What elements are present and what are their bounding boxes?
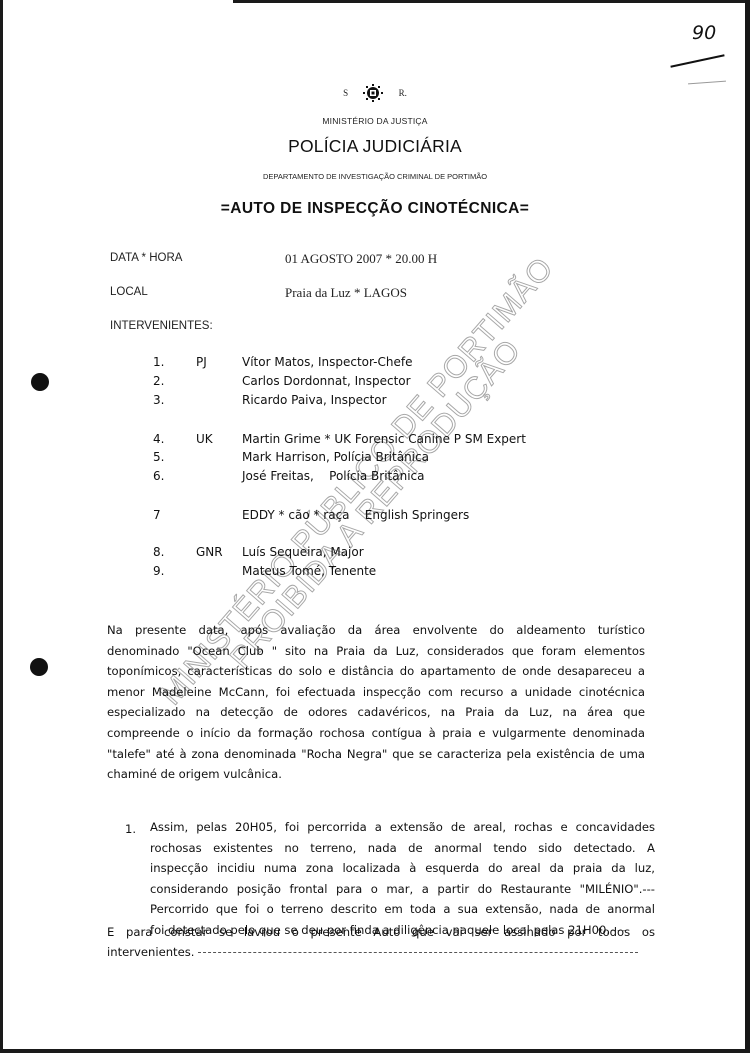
paragraph-line: "talefe" até à zona denominada "Rocha Ne… — [107, 744, 645, 765]
participant-name: EDDY * cão * raça English Springers — [242, 508, 469, 522]
paragraph-line: considerando posição frontal para o mar,… — [150, 879, 655, 900]
participant-number: 2. — [153, 374, 164, 388]
participant-org: GNR — [196, 545, 223, 559]
participant-number: 6. — [153, 469, 164, 483]
participant-org: UK — [196, 432, 213, 446]
paragraph-line: rochosas existentes no terreno, nada de … — [150, 838, 655, 859]
ministry-name: MINISTÉRIO DA JUSTIÇA — [0, 116, 750, 126]
page-number: 90 — [692, 22, 716, 44]
participant-org: PJ — [196, 355, 207, 369]
department-name: DEPARTAMENTO DE INVESTIGAÇÃO CRIMINAL DE… — [0, 172, 750, 181]
paragraph-line: E para constar se lavrou o presente Auto… — [107, 922, 655, 942]
paragraph-line: denominado "Ocean Club " sito na Praia d… — [107, 641, 645, 662]
item-number: 1. — [125, 822, 136, 836]
participant-name: Martin Grime * UK Forensic Canine P SM E… — [242, 432, 526, 446]
participant-number: 8. — [153, 545, 164, 559]
scan-border-top — [233, 0, 750, 3]
agency-name: POLÍCIA JUDICIÁRIA — [0, 136, 750, 157]
emblem-right-letter: R. — [399, 88, 407, 98]
document-title: =AUTO DE INSPECÇÃO CINOTÉCNICA= — [0, 200, 750, 218]
paragraph-line: especializado na detecção de odores cada… — [107, 702, 645, 723]
date-label: DATA * HORA — [110, 252, 182, 264]
paragraph-line: menor Madeleine McCann, foi efectuada in… — [107, 682, 645, 703]
signature-rubric-icon — [670, 54, 724, 67]
participant-number: 5. — [153, 450, 164, 464]
binder-hole-icon — [30, 658, 48, 676]
paragraph-line: compreende o início da formação rochosa … — [107, 723, 645, 744]
place-label: LOCAL — [110, 286, 148, 298]
intro-paragraph: Na presente data, após avaliação da área… — [107, 620, 645, 785]
paragraph-line: Percorrido que foi o terreno descrito em… — [150, 899, 655, 920]
emblem-row: S R. — [0, 84, 750, 102]
fill-dashes — [198, 952, 638, 953]
participant-number: 7 — [153, 508, 161, 522]
participant-name: Carlos Dordonnat, Inspector — [242, 374, 411, 388]
emblem-left-letter: S — [343, 88, 348, 98]
paragraph-line: chaminé de origem vulcânica. — [107, 764, 645, 785]
paragraph-line: toponímicos, características do solo e d… — [107, 661, 645, 682]
paragraph-line: Na presente data, após avaliação da área… — [107, 620, 645, 641]
closing-paragraph: E para constar se lavrou o presente Auto… — [107, 922, 655, 962]
participant-name: Mark Harrison, Polícia Britânica — [242, 450, 429, 464]
participant-number: 1. — [153, 355, 164, 369]
scan-border-left — [0, 0, 3, 1053]
binder-hole-icon — [31, 373, 49, 391]
participant-number: 9. — [153, 564, 164, 578]
paragraph-line: inspecção incidiu numa zona localizada à… — [150, 858, 655, 879]
participant-name: José Freitas, Polícia Britânica — [242, 469, 425, 483]
participant-name: Luís Sequeira, Major — [242, 545, 364, 559]
participant-number: 3. — [153, 393, 164, 407]
participant-name: Mateus Tomé, Tenente — [242, 564, 376, 578]
participant-name: Vítor Matos, Inspector-Chefe — [242, 355, 412, 369]
participants-label: INTERVENIENTES: — [110, 320, 213, 332]
paragraph-line: Assim, pelas 20H05, foi percorrida a ext… — [150, 817, 655, 838]
paragraph-line-with-fill: intervenientes. — [107, 942, 655, 962]
date-value: 01 AGOSTO 2007 * 20.00 H — [285, 251, 437, 267]
scan-border-right — [745, 0, 750, 1053]
paragraph-line: intervenientes. — [107, 945, 194, 959]
participant-name: Ricardo Paiva, Inspector — [242, 393, 387, 407]
place-value: Praia da Luz * LAGOS — [285, 285, 407, 301]
coat-of-arms-icon — [362, 84, 384, 102]
scan-border-bottom — [0, 1049, 750, 1053]
participant-number: 4. — [153, 432, 164, 446]
